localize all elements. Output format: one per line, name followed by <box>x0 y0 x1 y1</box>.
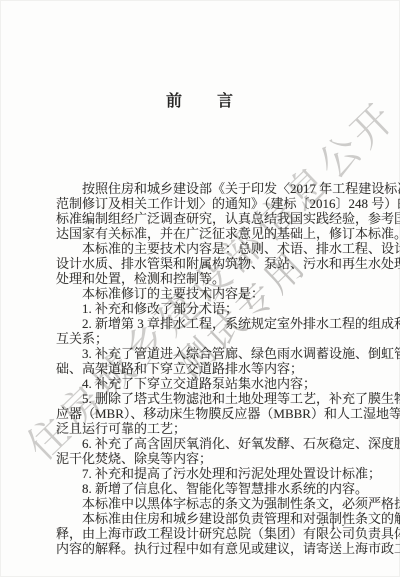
body-text-line: 3. 补充了管道进入综合管廊、绿色雨水调蓄设施、倒虹管基 <box>56 346 348 361</box>
body-text-line: 范制修订及相关工作计划〉的通知》（建标〔2016〕248 号）的要求， <box>56 196 348 211</box>
body-text-line: 内容的解释。执行过程中如有意见或建议，请寄送上海市政工程 <box>56 541 348 556</box>
body-text-line: 础、高架道路和下穿立交道路排水等内容； <box>56 361 348 376</box>
body-text-line: 按照住房和城乡建设部《关于印发〈2017 年工程建设标准规 <box>56 181 348 196</box>
body-text-line: 本标准的主要技术内容是：总则、术语、排水工程、设计流量和 <box>56 241 348 256</box>
body-text-line: 设计水质、排水管渠和附属构筑物、泵站、污水和再生水处理、污泥 <box>56 256 348 271</box>
body-text-line: 标准编制组经广泛调查研究，认真总结我国实践经验，参考国外发 <box>56 211 348 226</box>
body-text-line: 4. 补充了下穿立交道路泵站集水池内容； <box>56 376 348 391</box>
body-text-line: 6. 补充了高含固厌氧消化、好氧发酵、石灰稳定、深度脱水、污 <box>56 436 348 451</box>
body-text-line: 2. 新增第 3 章排水工程，系统规定室外排水工程的组成和相 <box>56 316 348 331</box>
body-text-line: 达国家有关标准，并在广泛征求意见的基础上，修订本标准。 <box>56 226 348 241</box>
body-text-line: 互关系； <box>56 331 348 346</box>
body-text-line: 泥干化焚烧、除臭等内容； <box>56 451 348 466</box>
body-text-line: 1. 补充和修改了部分术语； <box>56 301 348 316</box>
document-page: 住房城乡建设部信息公开 测试专用 前 言 按照住房和城乡建设部《关于印发〈201… <box>0 0 400 577</box>
page-number: · 1 · <box>56 518 346 533</box>
body-text-line: 应器（MBR）、移动床生物膜反应器（MBBR）和人工湿地等应用广 <box>56 406 348 421</box>
body-text-line: 8. 新增了信息化、智能化等智慧排水系统的内容。 <box>56 481 348 496</box>
body-text-line: 泛且运行可靠的工艺； <box>56 421 348 436</box>
page-title: 前 言 <box>0 88 400 111</box>
body-text-line: 本标准中以黑体字标志的条文为强制性条文，必须严格执行。 <box>56 496 348 511</box>
body-text-line: 7. 补充和提高了污水处理和污泥处理处置设计标准； <box>56 466 348 481</box>
body-text-line: 5. 删除了塔式生物滤池和土地处理等工艺，补充了膜生物反 <box>56 391 348 406</box>
body-text-line: 本标准修订的主要技术内容是： <box>56 286 348 301</box>
preface-body: 按照住房和城乡建设部《关于印发〈2017 年工程建设标准规范制修订及相关工作计划… <box>56 136 348 556</box>
body-text-line: 处理和处置，检测和控制等。 <box>56 271 348 286</box>
